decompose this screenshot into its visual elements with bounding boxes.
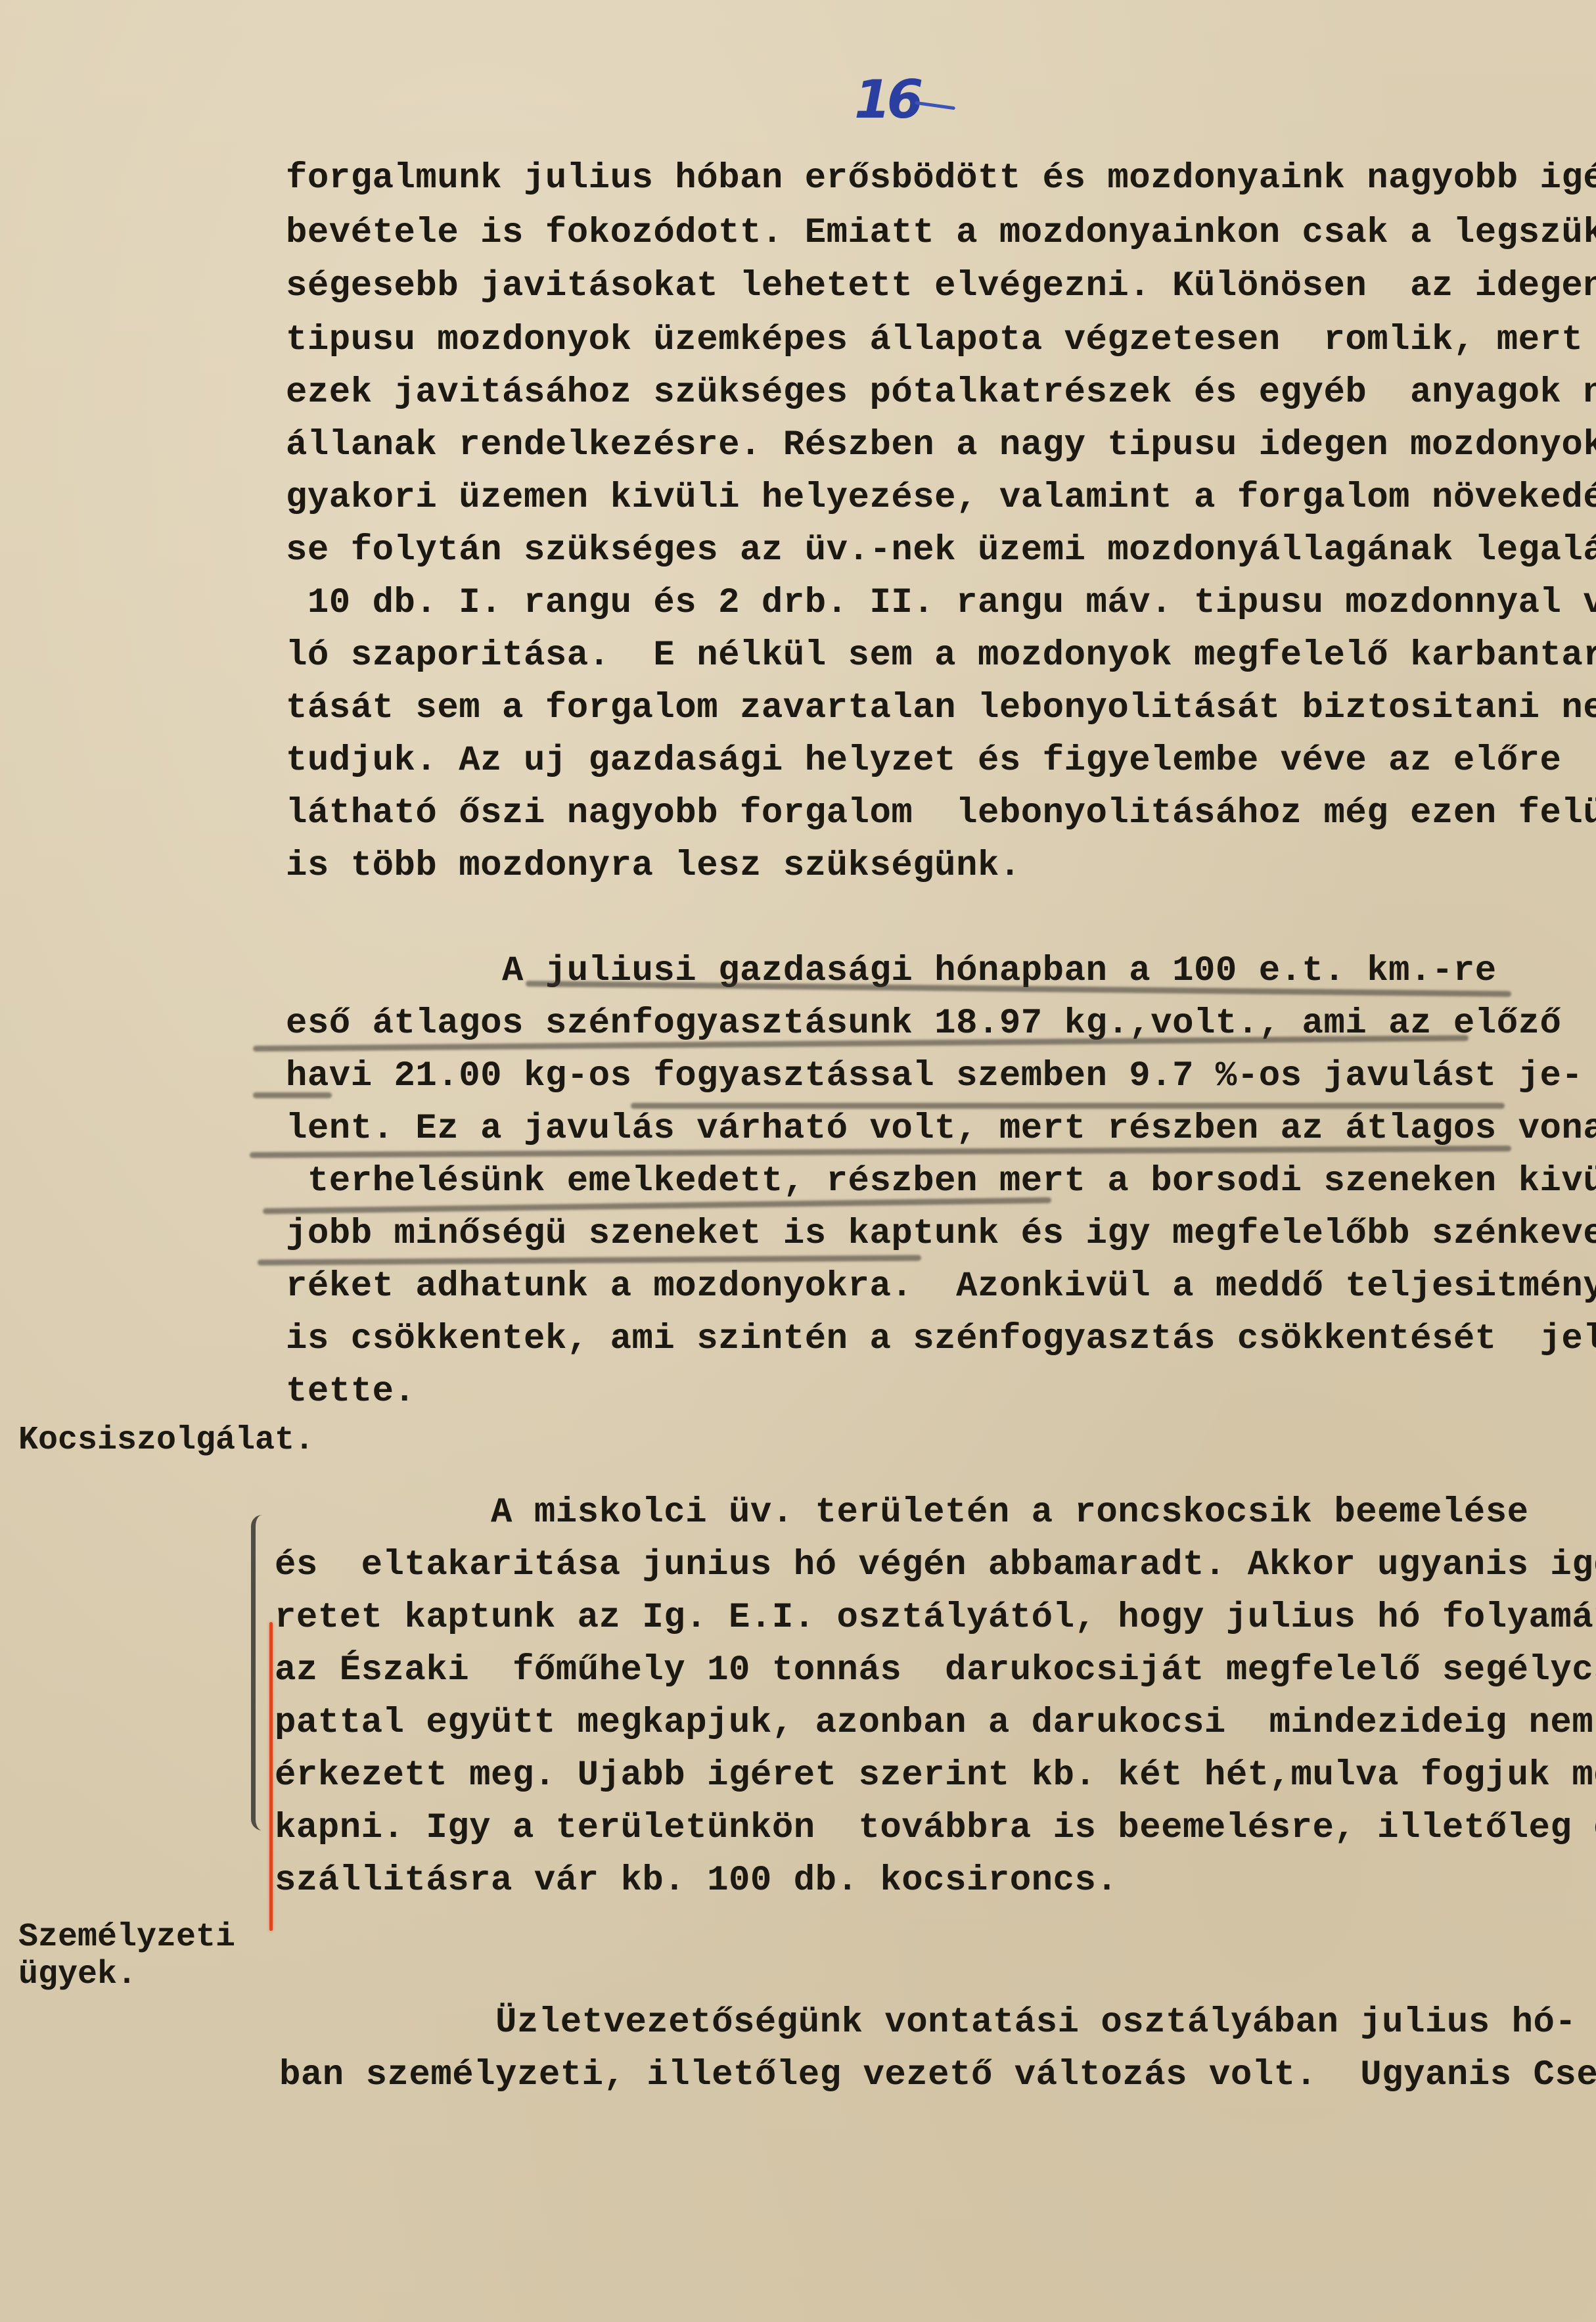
text-line: forgalmunk julius hóban erősbödött és mo…: [286, 159, 1596, 198]
text-line: is csökkentek, ami szintén a szénfogyasz…: [286, 1320, 1596, 1359]
text-line: tette.: [286, 1372, 415, 1412]
pencil-underline: [631, 1103, 1505, 1109]
text-line: látható őszi nagyobb forgalom lebonyolit…: [286, 794, 1596, 833]
text-line: terhelésünk emelkedett, részben mert a b…: [286, 1162, 1596, 1201]
text-line: érkezett meg. Ujabb igéret szerint kb. k…: [275, 1756, 1596, 1796]
text-line: A miskolci üv. területén a roncskocsik b…: [275, 1493, 1529, 1533]
text-line: jobb minőségü szeneket is kaptunk és igy…: [286, 1215, 1596, 1254]
text-line: tudjuk. Az uj gazdasági helyzet és figye…: [286, 741, 1561, 781]
margin-heading-wagon-service: Kocsiszolgálat.: [18, 1421, 314, 1460]
red-pencil-margin-mark: [269, 1622, 273, 1931]
pencil-underline: [253, 1092, 332, 1098]
document-page: 16 forgalmunk julius hóban erősbödött és…: [0, 0, 1596, 2322]
text-line: pattal együtt megkapjuk, azonban a daruk…: [275, 1704, 1593, 1743]
text-line: ban személyzeti, illetőleg vezető változ…: [279, 2056, 1596, 2095]
handwritten-page-number: 16: [854, 69, 919, 130]
text-line: szállitásra vár kb. 100 db. kocsironcs.: [275, 1861, 1118, 1901]
page-number-dash-mark: [915, 101, 955, 110]
text-line: kapni. Igy a területünkön továbbra is be…: [275, 1809, 1596, 1848]
text-line: réket adhatunk a mozdonyokra. Azonkivül …: [286, 1267, 1596, 1307]
text-line: ezek javitásához szükséges pótalkatrésze…: [286, 373, 1596, 413]
pencil-underline: [258, 1255, 921, 1265]
text-line: ló szaporitása. E nélkül sem a mozdonyok…: [286, 636, 1596, 676]
text-line: havi 21.00 kg-os fogyasztással szemben 9…: [286, 1057, 1583, 1096]
text-line: gyakori üzemen kivüli helyezése, valamin…: [286, 478, 1596, 518]
pencil-margin-bracket: [251, 1515, 262, 1830]
text-line: Üzletvezetőségünk vontatási osztályában …: [279, 2003, 1576, 2043]
text-line: bevétele is fokozódott. Emiatt a mozdony…: [286, 214, 1596, 253]
text-line: 10 db. I. rangu és 2 drb. II. rangu máv.…: [286, 584, 1596, 623]
text-line: retet kaptunk az Ig. E.I. osztályától, h…: [275, 1598, 1596, 1638]
text-line: se folytán szükséges az üv.-nek üzemi mo…: [286, 531, 1596, 570]
text-line: lent. Ez a javulás várható volt, mert ré…: [286, 1109, 1596, 1149]
text-line: ségesebb javitásokat lehetett elvégezni.…: [286, 267, 1596, 306]
text-line: állanak rendelkezésre. Részben a nagy ti…: [286, 426, 1596, 465]
margin-heading-personnel-cont: ügyek.: [18, 1955, 137, 1995]
text-line: tipusu mozdonyok üzemképes állapota végz…: [286, 321, 1583, 360]
text-line: az Északi főműhely 10 tonnás darukocsijá…: [275, 1651, 1596, 1690]
margin-heading-personnel: Személyzeti: [18, 1918, 235, 1957]
text-line: és eltakaritása junius hó végén abbamara…: [275, 1546, 1596, 1585]
text-line: tását sem a forgalom zavartalan lebonyol…: [286, 689, 1596, 728]
text-line: is több mozdonyra lesz szükségünk.: [286, 847, 1021, 886]
